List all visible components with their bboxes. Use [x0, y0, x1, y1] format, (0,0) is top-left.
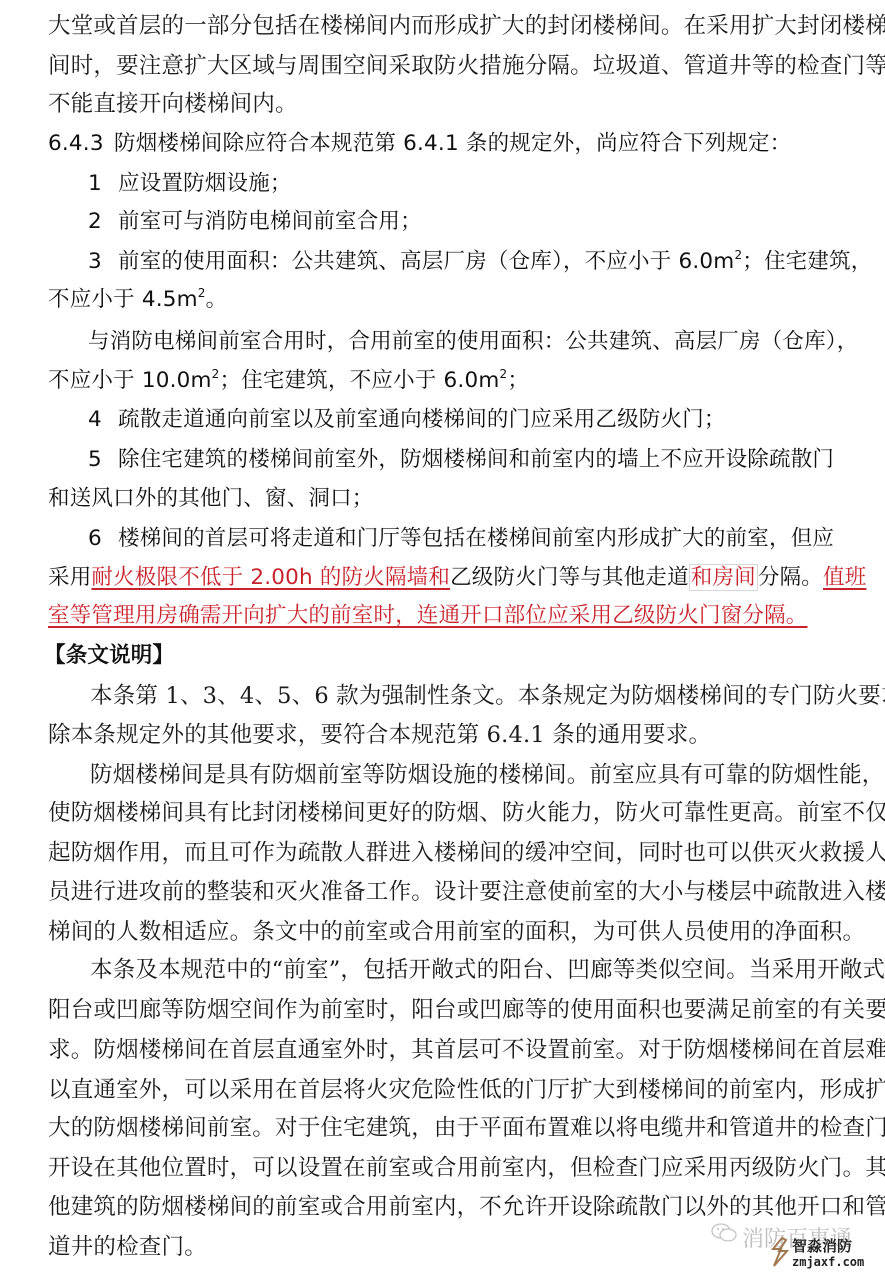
clause-number: 2 — [88, 207, 118, 237]
clause-text: 应设置防烟设施； — [118, 171, 292, 196]
clause-text: 采用 — [48, 565, 91, 590]
clause-text: 前室的使用面积：公共建筑、高层厂房（仓库），不应小于 6.0m — [118, 249, 734, 274]
clause-text: 前室可与消防电梯间前室合用； — [118, 209, 422, 234]
clause-item-5-continuation: 和送风口外的其他门、窗、洞口； — [48, 484, 374, 514]
wechat-icon — [710, 1222, 738, 1244]
logo-url: zmjaxf.com — [792, 1255, 864, 1269]
clause-text: 。 — [206, 287, 228, 312]
explanation-heading: 【条文说明】 — [44, 641, 174, 671]
explanation-line: 员进行进攻前的整装和灭火准备工作。设计要注意使前室的大小与楼层中疏散进入楼 — [48, 877, 885, 907]
highlighted-text: 室等管理用房确需开向扩大的前室时，连通开口部位应采用乙级防火门窗分隔。 — [48, 603, 808, 628]
intro-line-1: 大堂或首层的一部分包括在楼梯间内而形成扩大的封闭楼梯间。在采用扩大封闭楼梯 — [48, 11, 885, 41]
clause-item-1: 1应设置防烟设施； — [88, 169, 292, 199]
clause-text: ；住宅建筑， — [742, 249, 872, 274]
clause-number: 6 — [88, 524, 118, 554]
explanation-line: 本条第 1、3、4、5、6 款为强制性条文。本条规定为防烟楼梯间的专门防火要求， — [90, 681, 885, 711]
clause-item-5: 5除住宅建筑的楼梯间前室外，防烟楼梯间和前室内的墙上不应开设除疏散门 — [88, 445, 834, 475]
explanation-line: 除本条规定外的其他要求，要符合本规范第 6.4.1 条的通用要求。 — [48, 720, 711, 750]
combined-front-room-para: 与消防电梯间前室合用时，合用前室的使用面积：公共建筑、高层厂房（仓库）， — [88, 327, 858, 357]
clause-text: 不应小于 10.0m — [48, 368, 212, 393]
explanation-line: 开设在其他位置时，可以设置在前室或合用前室内，但检查门应采用丙级防火门。其 — [48, 1153, 885, 1183]
boxed-highlight: 和房间 — [689, 564, 758, 591]
explanation-line: 起防烟作用，而且可作为疏散人群进入楼梯间的缓冲空间，同时也可以供灭火救援人 — [48, 838, 885, 868]
explanation-line: 梯间的人数相适应。条文中的前室或合用前室的面积，为可供人员使用的净面积。 — [48, 917, 865, 947]
intro-line-3: 不能直接开向楼梯间内。 — [48, 89, 298, 119]
explanation-line: 使防烟楼梯间具有比封闭楼梯间更好的防烟、防火能力，防火可靠性更高。前室不仅 — [48, 798, 885, 828]
clause-number: 1 — [88, 169, 118, 199]
explanation-line: 道井的检查门。 — [48, 1232, 207, 1262]
clause-item-3-continuation: 不应小于 4.5m2。 — [48, 285, 227, 315]
explanation-line: 本条及本规范中的“前室”，包括开敞式的阳台、凹廊等类似空间。当采用开敞式 — [90, 955, 885, 985]
explanation-line: 他建筑的防烟楼梯间的前室或合用前室内，不允许开设除疏散门以外的其他开口和管 — [48, 1192, 885, 1222]
logo-mark-icon — [770, 1237, 790, 1267]
explanation-line: 阳台或凹廊等防烟空间作为前室时，阳台或凹廊等的使用面积也要满足前室的有关要 — [48, 995, 885, 1025]
explanation-line: 求。防烟楼梯间在首层直通室外时，其首层可不设置前室。对于防烟楼梯间在首层难 — [48, 1035, 885, 1065]
brand-logo: 智淼消防 zmjaxf.com — [770, 1235, 880, 1275]
clause-text: 除住宅建筑的楼梯间前室外，防烟楼梯间和前室内的墙上不应开设除疏散门 — [118, 447, 834, 472]
clause-text: 乙级防火门等与其他走道 — [450, 565, 689, 590]
clause-text: ； — [507, 368, 529, 393]
section-number: 6.4.3 — [48, 129, 114, 159]
clause-item-3: 3前室的使用面积：公共建筑、高层厂房（仓库），不应小于 6.0m2；住宅建筑， — [88, 247, 872, 277]
clause-number: 4 — [88, 405, 118, 435]
clause-number: 3 — [88, 247, 118, 277]
clause-text: 楼梯间的首层可将走道和门厅等包括在楼梯间前室内形成扩大的前室，但应 — [118, 526, 834, 551]
clause-item-4: 4疏散走道通向前室以及前室通向楼梯间的门应采用乙级防火门； — [88, 405, 726, 435]
clause-number: 5 — [88, 445, 118, 475]
section-heading: 6.4.3防烟楼梯间除应符合本规范第 6.4.1 条的规定外，尚应符合下列规定： — [48, 129, 791, 159]
clause-text: 不应小于 4.5m — [48, 287, 198, 312]
clause-item-2: 2前室可与消防电梯间前室合用； — [88, 207, 422, 237]
combined-front-room-continuation: 不应小于 10.0m2；住宅建筑，不应小于 6.0m2； — [48, 366, 529, 396]
clause-text: 疏散走道通向前室以及前室通向楼梯间的门应采用乙级防火门； — [118, 407, 726, 432]
clause-item-6-continuation-2: 室等管理用房确需开向扩大的前室时，连通开口部位应采用乙级防火门窗分隔。 — [48, 601, 808, 631]
explanation-line: 以直通室外，可以采用在首层将火灾危险性低的门厅扩大到楼梯间的前室内，形成扩 — [48, 1075, 885, 1105]
superscript: 2 — [198, 286, 206, 300]
clause-text: ；住宅建筑，不应小于 6.0m — [220, 368, 500, 393]
highlighted-text: 值班 — [823, 565, 866, 590]
highlighted-text: 耐火极限不低于 2.00h 的防火隔墙和 — [91, 565, 450, 590]
explanation-line: 大的防烟楼梯间前室。对于住宅建筑，由于平面布置难以将电缆井和管道井的检查门 — [48, 1113, 885, 1143]
clause-item-6-continuation: 采用耐火极限不低于 2.00h 的防火隔墙和乙级防火门等与其他走道和房间分隔。值… — [48, 563, 866, 593]
explanation-line: 防烟楼梯间是具有防烟前室等防烟设施的楼梯间。前室应具有可靠的防烟性能， — [90, 760, 885, 790]
clause-item-6: 6楼梯间的首层可将走道和门厅等包括在楼梯间前室内形成扩大的前室，但应 — [88, 524, 834, 554]
superscript: 2 — [212, 367, 220, 381]
logo-name: 智淼消防 — [792, 1235, 852, 1256]
clause-text: 分隔。 — [758, 565, 823, 590]
intro-line-2: 间时，要注意扩大区域与周围空间采取防火措施分隔。垃圾道、管道井等的检查门等， — [48, 51, 885, 81]
section-title: 防烟楼梯间除应符合本规范第 6.4.1 条的规定外，尚应符合下列规定： — [114, 131, 791, 156]
